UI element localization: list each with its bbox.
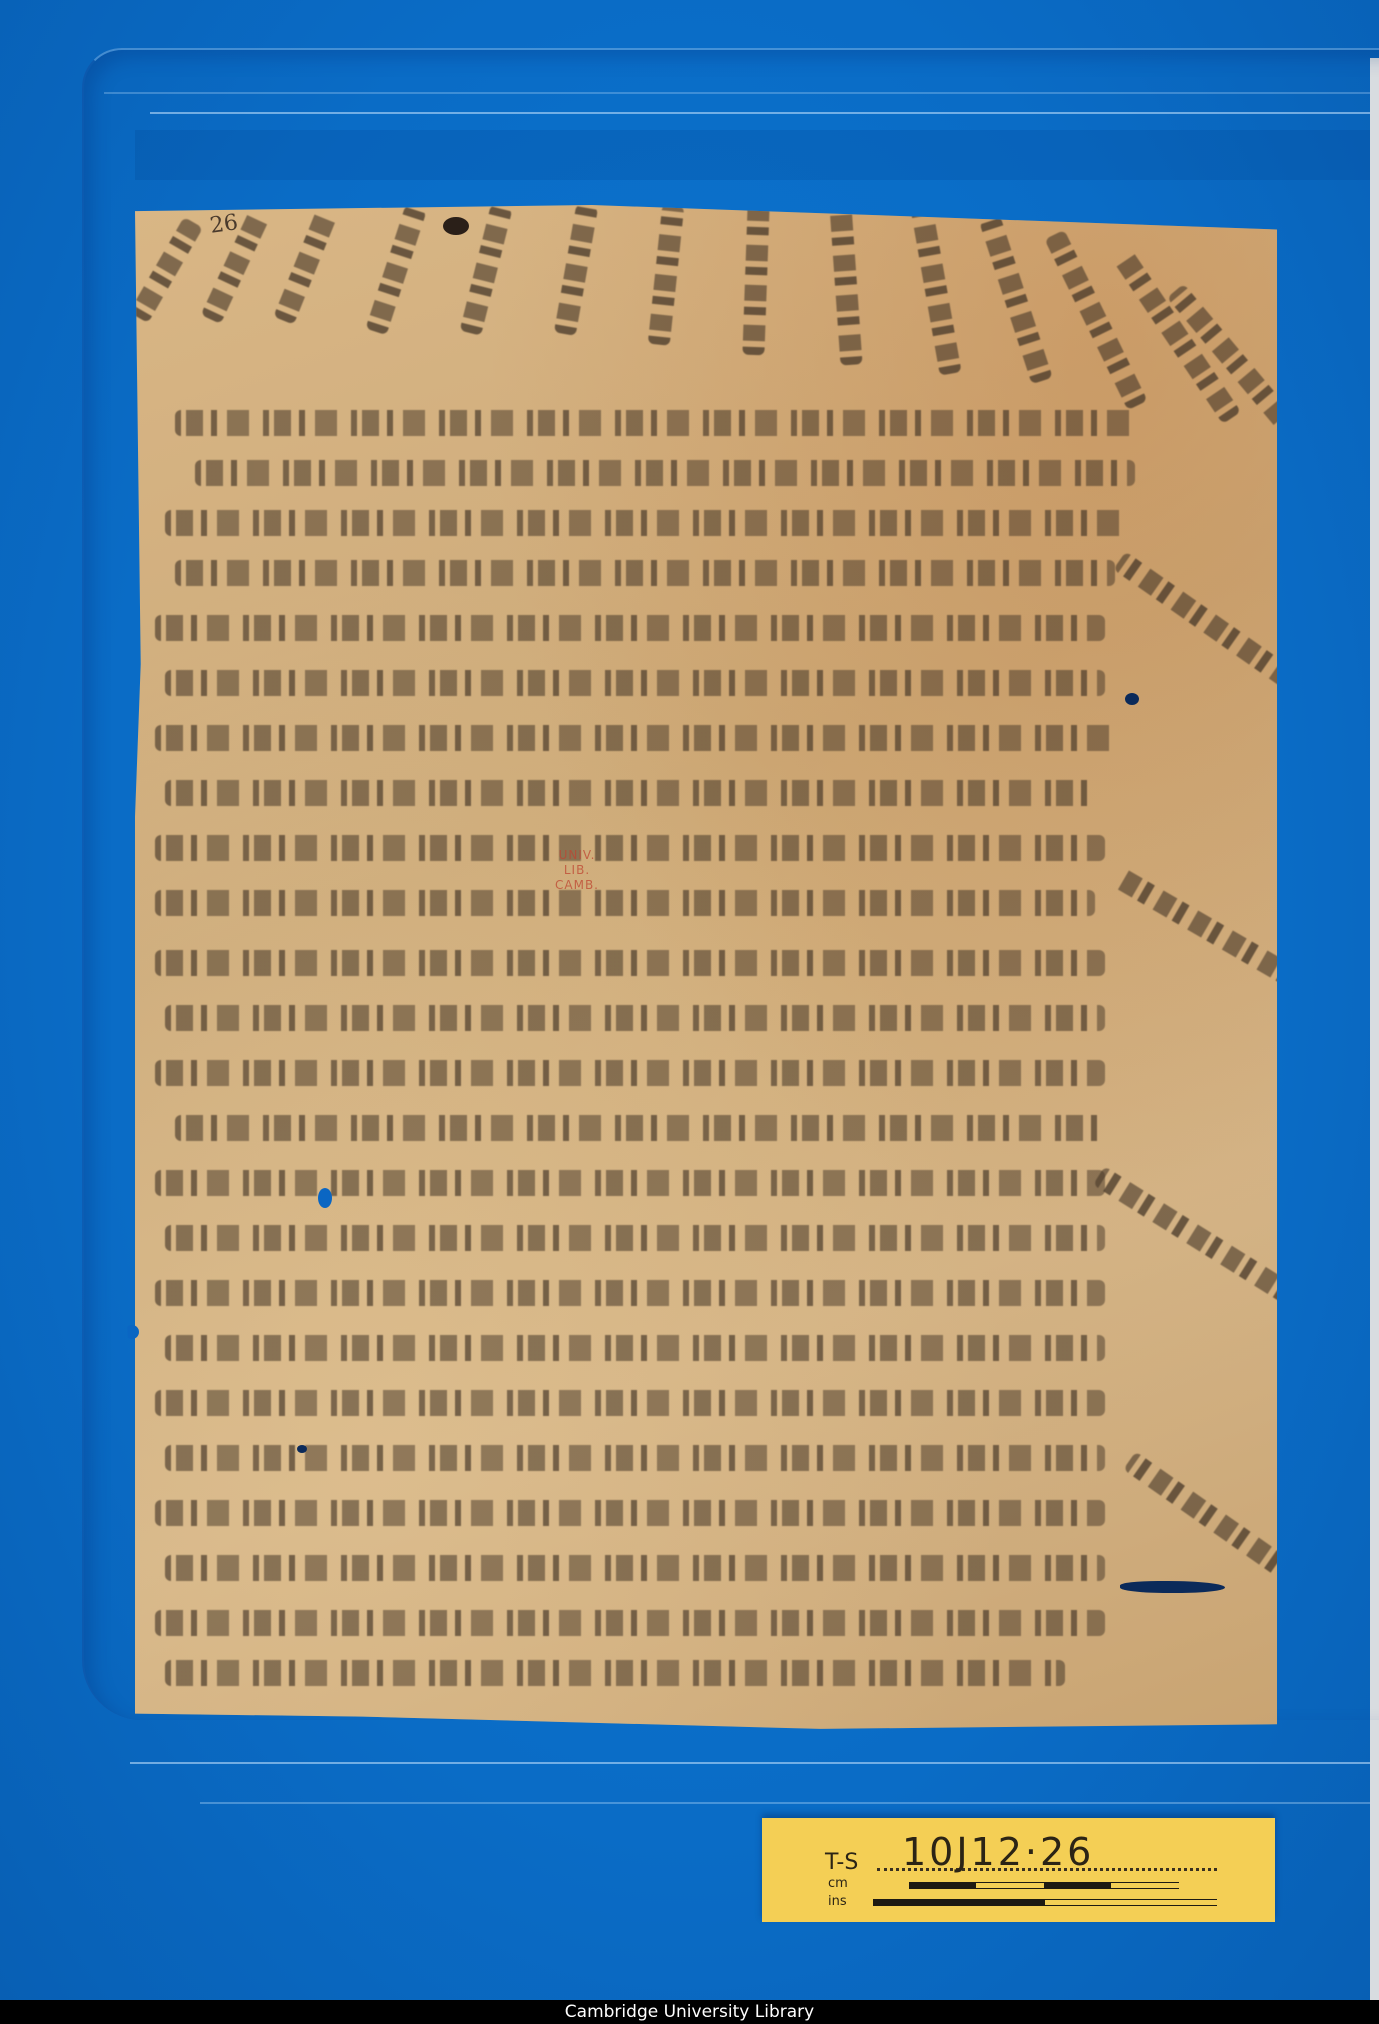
folio-number: 26 [208, 210, 239, 239]
ink-blot [443, 217, 469, 235]
text-line [175, 410, 1135, 436]
cm-scale-bar [909, 1882, 1179, 1889]
inch-scale-bar [873, 1899, 1217, 1906]
text-line [175, 560, 1115, 586]
text-line [155, 725, 1115, 751]
shelfmark-label: T-S 10J12·26 cm ins [762, 1818, 1275, 1922]
text-line [155, 1060, 1105, 1086]
stamp-line: UNIV. [552, 848, 602, 863]
text-line [165, 510, 1125, 536]
paper-tear [1120, 1581, 1225, 1593]
text-line [155, 1610, 1105, 1636]
footer-credit: Cambridge University Library [0, 2000, 1379, 2024]
text-line [155, 835, 1105, 861]
paper-hole [297, 1445, 307, 1453]
paper-hole [318, 1188, 332, 1208]
sleeve-shadow-top [135, 130, 1370, 180]
stamp-line: CAMB. [552, 878, 602, 893]
margin-annotation [129, 217, 203, 323]
text-line [155, 890, 1095, 916]
scale-unit-ins: ins [828, 1894, 847, 1909]
text-line [165, 670, 1105, 696]
text-line [155, 1170, 1105, 1196]
margin-annotation [648, 204, 685, 346]
shelfmark: 10J12·26 [902, 1830, 1094, 1874]
library-stamp: UNIV. LIB. CAMB. [552, 848, 602, 893]
margin-annotation [554, 204, 598, 336]
scale-unit-cm: cm [828, 1876, 848, 1891]
text-line [165, 1005, 1105, 1031]
text-line [155, 1280, 1105, 1306]
margin-annotation [829, 204, 862, 365]
text-line [165, 1555, 1105, 1581]
text-line [155, 950, 1105, 976]
margin-annotation [273, 205, 338, 325]
margin-annotation [910, 204, 961, 375]
stamp-line: LIB. [552, 863, 602, 878]
text-line [155, 1390, 1105, 1416]
text-line [165, 1225, 1105, 1251]
text-line [175, 1115, 1105, 1141]
sleeve-crease-bottom-1 [130, 1762, 1370, 1764]
manuscript-leaf [135, 205, 1277, 1735]
text-line [165, 1660, 1065, 1686]
sleeve-crease-bottom-2 [200, 1802, 1370, 1804]
collection-prefix: T-S [825, 1850, 858, 1875]
text-line [165, 1335, 1105, 1361]
margin-annotation [365, 205, 426, 335]
margin-annotation [742, 205, 769, 356]
sleeve-crease-top-1 [150, 112, 1370, 114]
paper-hole [1125, 693, 1139, 705]
margin-annotation [979, 216, 1052, 384]
text-line [165, 780, 1095, 806]
text-line [195, 460, 1135, 486]
text-line [155, 1500, 1105, 1526]
text-line [155, 615, 1105, 641]
sleeve-crease-top-2 [104, 92, 1370, 94]
